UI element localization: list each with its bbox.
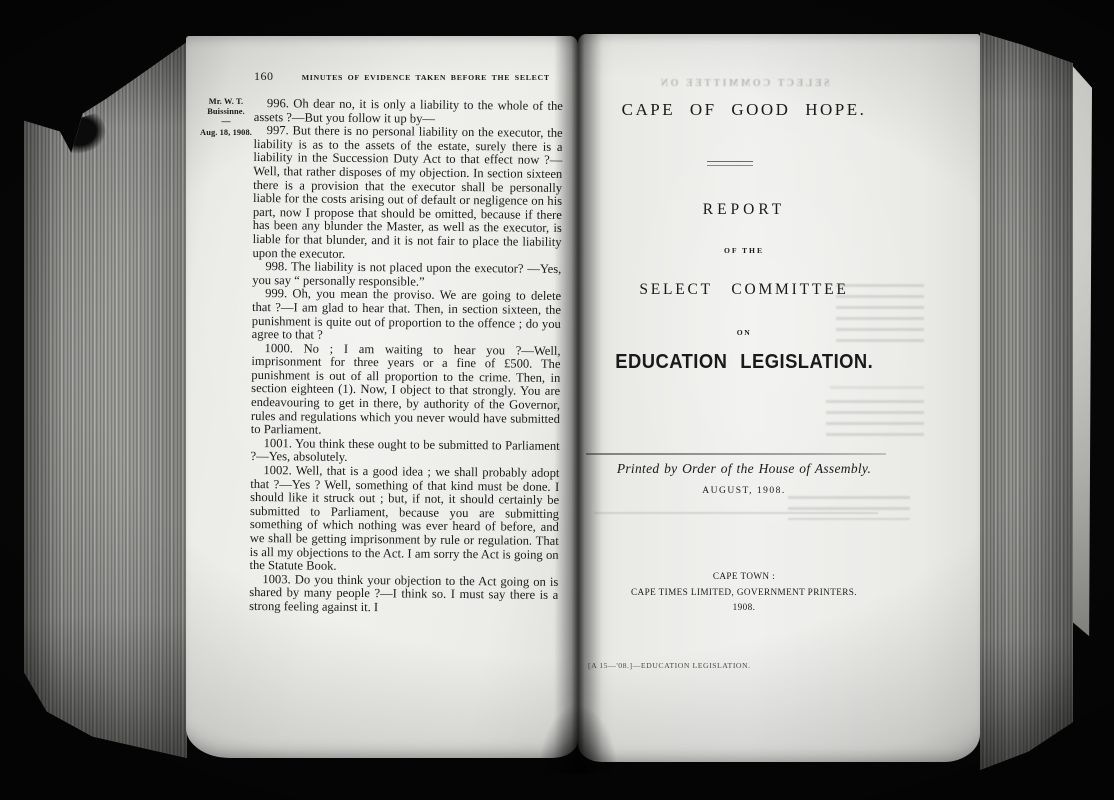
- bleedthrough-text-block: [788, 496, 910, 520]
- page-number: 160: [254, 69, 274, 84]
- page-edge-chip: [62, 112, 111, 157]
- right-page-edges: [980, 30, 1073, 770]
- signature-footer: [A 15—'08.]—EDUCATION LEGISLATION.: [588, 661, 868, 670]
- publication-date: AUGUST, 1908.: [592, 486, 896, 496]
- imprint-printer: CAPE TIMES LIMITED, GOVERNMENT PRINTERS.: [592, 585, 896, 601]
- printer-imprint: CAPE TOWN : CAPE TIMES LIMITED, GOVERNME…: [592, 569, 896, 616]
- decorative-rule: [707, 161, 753, 166]
- bleedthrough-header: SELECT COMMITTEE ON: [592, 78, 896, 89]
- of-the-label: OF THE: [592, 246, 896, 255]
- imprint-city: CAPE TOWN :: [592, 569, 896, 585]
- margin-note: Mr. W. T. Buissinne. — Aug. 18, 1908.: [196, 97, 256, 138]
- report-heading: REPORT: [592, 201, 896, 219]
- colony-title: CAPE OF GOOD HOPE.: [592, 100, 896, 120]
- bleedthrough-text-block: [826, 400, 924, 442]
- subject-heading: EDUCATION LEGISLATION.: [592, 351, 896, 374]
- evidence-paragraph: 1000. No ; I am waiting to hear you ?—We…: [251, 342, 561, 440]
- committee-heading: SELECT COMMITTEE: [592, 281, 896, 299]
- book-photo: 160 MINUTES OF EVIDENCE TAKEN BEFORE THE…: [0, 0, 1114, 800]
- printed-by-line: Printed by Order of the House of Assembl…: [592, 461, 896, 477]
- evidence-paragraph: 999. Oh, you mean the proviso. We are go…: [252, 287, 562, 344]
- evidence-paragraph: 1002. Well, that is a good idea ; we sha…: [249, 464, 559, 576]
- left-page-edges: [24, 42, 187, 758]
- evidence-paragraph: 998. The liability is not placed upon th…: [252, 260, 561, 290]
- evidence-paragraph: 1003. Do you think your objection to the…: [249, 573, 558, 617]
- on-label: ON: [592, 328, 896, 337]
- evidence-paragraph: 997. But there is no personal liability …: [252, 124, 562, 263]
- running-header: 160 MINUTES OF EVIDENCE TAKEN BEFORE THE…: [254, 69, 566, 84]
- margin-note-dash: —: [196, 117, 256, 125]
- evidence-paragraph: 996. Oh dear no, it is only a liability …: [254, 97, 563, 127]
- imprint-year: 1908.: [592, 600, 896, 616]
- faint-rule: [594, 512, 878, 514]
- left-page: 160 MINUTES OF EVIDENCE TAKEN BEFORE THE…: [186, 36, 578, 758]
- right-page: SELECT COMMITTEE ON CAPE OF GOOD HOPE. R…: [578, 34, 980, 762]
- evidence-paragraph: 1001. You think these ought to be submit…: [250, 437, 559, 467]
- bleedthrough-text-block: [830, 386, 924, 396]
- running-header-title: MINUTES OF EVIDENCE TAKEN BEFORE THE SEL…: [286, 73, 567, 82]
- margin-note-date: Aug. 18, 1908.: [196, 128, 256, 138]
- horizontal-rule: [586, 453, 886, 455]
- margin-note-name-line1: Mr. W. T.: [196, 97, 256, 107]
- evidence-text: 996. Oh dear no, it is only a liability …: [249, 97, 563, 617]
- subject-heading-text: EDUCATION LEGISLATION.: [615, 351, 873, 374]
